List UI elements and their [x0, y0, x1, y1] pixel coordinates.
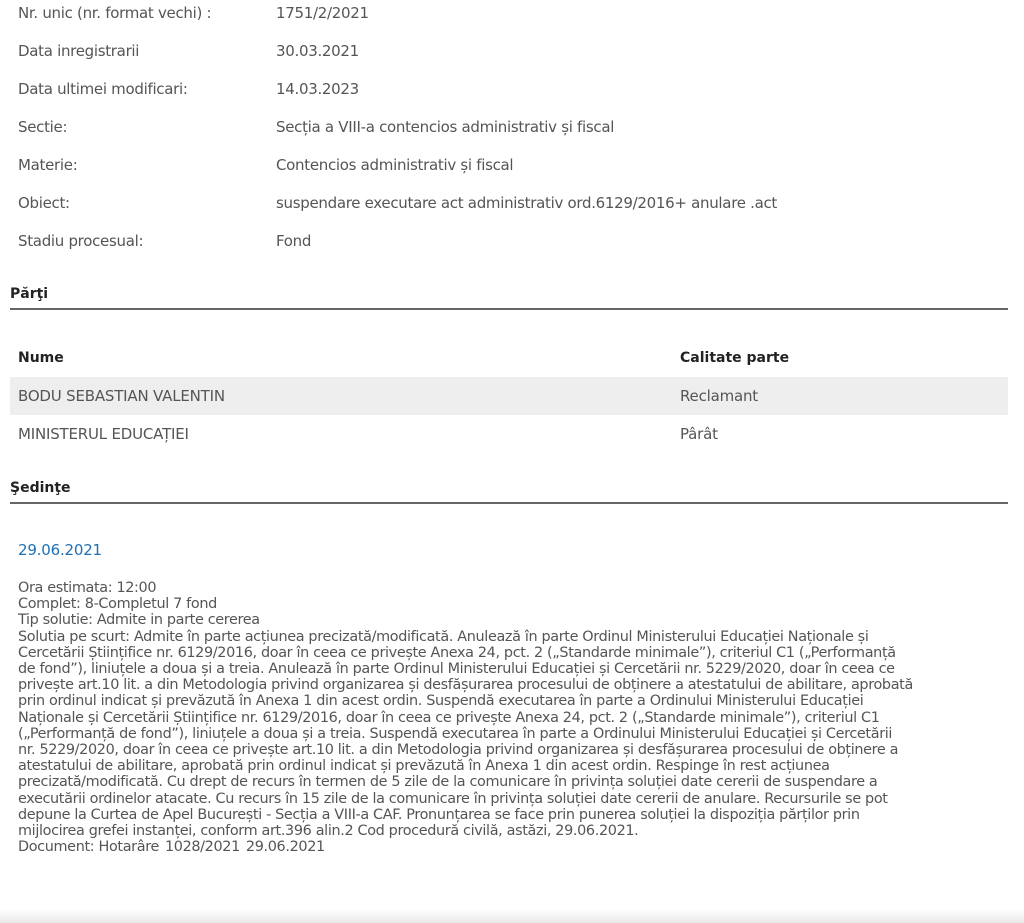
- session-complet: Complet: 8-Completul 7 fond: [18, 596, 1003, 612]
- session-solutie-line: Naționale și Cercetării Științifice nr. …: [18, 710, 1003, 726]
- party-row: MINISTERUL EDUCAȚIEI Pârât: [10, 415, 1008, 453]
- info-value: Secția a VIII-a contencios administrativ…: [276, 117, 614, 137]
- info-label: Data ultimei modificari:: [18, 79, 188, 99]
- info-value: Contencios administrativ și fiscal: [276, 155, 513, 175]
- party-name: MINISTERUL EDUCAȚIEI: [18, 424, 189, 444]
- info-label: Materie:: [18, 155, 77, 175]
- parties-heading-text: Părţi: [10, 286, 48, 302]
- session-solutie-line: precizată/modificată. Cu drept de recurs…: [18, 774, 1003, 790]
- info-value: 14.03.2023: [276, 79, 359, 99]
- info-row-sectie: Sectie: Secția a VIII-a contencios admin…: [18, 117, 998, 155]
- sessions-heading: Şedinţe: [10, 480, 1008, 504]
- session-tip-solutie: Tip solutie: Admite in parte cererea: [18, 612, 1003, 628]
- document-date: 29.06.2021: [246, 839, 325, 855]
- info-label: Nr. unic (nr. format vechi) :: [18, 3, 211, 23]
- info-value: Fond: [276, 231, 311, 251]
- bottom-fade: [0, 909, 1024, 923]
- parties-heading: Părţi: [10, 286, 1008, 310]
- party-name: BODU SEBASTIAN VALENTIN: [18, 386, 225, 406]
- session-date-link[interactable]: 29.06.2021: [18, 541, 102, 559]
- session-solutie-line: nr. 5229/2020, doar în ceea ce privește …: [18, 742, 1003, 758]
- session-solutie-line: Cercetării Științifice nr. 6129/2016, do…: [18, 645, 1003, 661]
- parties-table-header: Nume Calitate parte: [10, 340, 1008, 377]
- info-label: Data inregistrarii: [18, 41, 139, 61]
- column-header-role: Calitate parte: [680, 348, 789, 368]
- session-ora: Ora estimata: 12:00: [18, 580, 1003, 596]
- session-solutie-line: depune la Curtea de Apel București - Sec…: [18, 807, 1003, 823]
- info-value: 1751/2/2021: [276, 3, 369, 23]
- session-solutie-line: de fond”), liniuțele a doua și a treia. …: [18, 661, 1003, 677]
- sessions-heading-text: Şedinţe: [10, 480, 71, 496]
- session-solutie-line: mijlocirea grefei instanței, conform art…: [18, 823, 1003, 839]
- party-role: Reclamant: [680, 386, 758, 406]
- document-label: Document: Hotarâre: [18, 839, 159, 855]
- session-details: Ora estimata: 12:00 Complet: 8-Completul…: [18, 580, 1003, 855]
- session-solutie-line: executării ordinelor atacate. Cu recurs …: [18, 791, 1003, 807]
- info-row-obiect: Obiect: suspendare executare act adminis…: [18, 193, 998, 231]
- column-header-name: Nume: [18, 348, 64, 368]
- info-label: Sectie:: [18, 117, 67, 137]
- session-solutie-line: prin ordinul indicat și prevăzută în Ane…: [18, 693, 1003, 709]
- session-solutie-line: („Performanță de fond”), liniuțele a dou…: [18, 726, 1003, 742]
- info-row-nr-unic: Nr. unic (nr. format vechi) : 1751/2/202…: [18, 3, 998, 41]
- info-row-data-ultimei-modificari: Data ultimei modificari: 14.03.2023: [18, 79, 998, 117]
- session-solutie-line: privește art.10 lit. a din Metodologia p…: [18, 677, 1003, 693]
- info-value: suspendare executare act administrativ o…: [276, 193, 777, 213]
- session-solutie-line: atestatului de abilitare, aprobată prin …: [18, 758, 1003, 774]
- info-row-data-inregistrarii: Data inregistrarii 30.03.2021: [18, 41, 998, 79]
- document-number: 1028/2021: [165, 839, 240, 855]
- info-label: Stadiu procesual:: [18, 231, 143, 251]
- info-row-stadiu-procesual: Stadiu procesual: Fond: [18, 231, 998, 269]
- info-label: Obiect:: [18, 193, 70, 213]
- session-document: Document: Hotarâre1028/202129.06.2021: [18, 839, 1003, 855]
- party-row: BODU SEBASTIAN VALENTIN Reclamant: [10, 377, 1008, 415]
- info-row-materie: Materie: Contencios administrativ și fis…: [18, 155, 998, 193]
- session-solutie-line: Solutia pe scurt: Admite în parte acțiun…: [18, 629, 1003, 645]
- info-value: 30.03.2021: [276, 41, 359, 61]
- party-role: Pârât: [680, 424, 718, 444]
